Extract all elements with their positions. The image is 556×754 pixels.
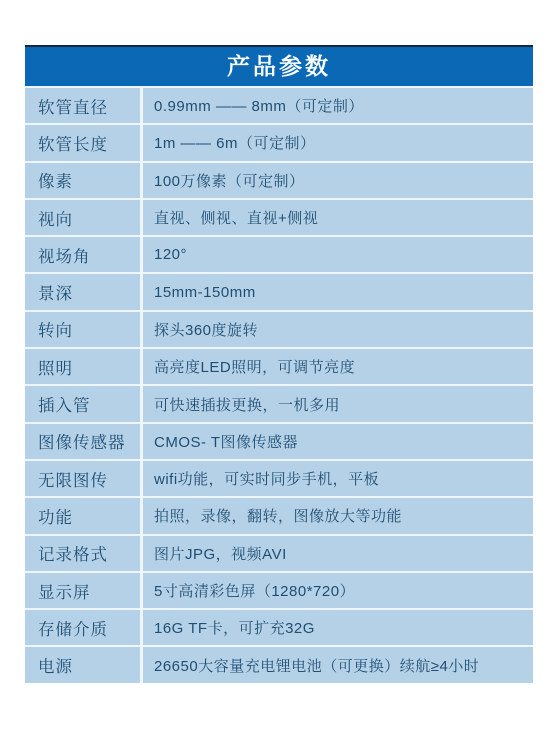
spec-value: 16G TF卡，可扩充32G [143, 610, 533, 645]
table-row: 存储介质 16G TF卡，可扩充32G [25, 608, 533, 645]
table-row: 软管长度 1m —— 6m（可定制） [25, 123, 533, 160]
spec-label: 无限图传 [25, 461, 143, 496]
spec-value: 拍照，录像，翻转，图像放大等功能 [143, 498, 533, 533]
spec-value: 120° [143, 237, 533, 272]
spec-label: 视向 [25, 200, 143, 235]
spec-value: 15mm-150mm [143, 274, 533, 309]
table-row: 软管直径 0.99mm —— 8mm（可定制） [25, 86, 533, 123]
spec-label: 软管长度 [25, 125, 143, 160]
table-title: 产品参数 [25, 45, 533, 86]
table-row: 插入管 可快速插拔更换，一机多用 [25, 384, 533, 421]
spec-label: 软管直径 [25, 88, 143, 123]
table-row: 景深 15mm-150mm [25, 272, 533, 309]
spec-value: 26650大容量充电锂电池（可更换）续航≥4小时 [143, 647, 533, 682]
table-row: 记录格式 图片JPG，视频AVI [25, 534, 533, 571]
spec-label: 转向 [25, 312, 143, 347]
spec-value: 图片JPG，视频AVI [143, 536, 533, 571]
table-row: 像素 100万像素（可定制） [25, 161, 533, 198]
table-row: 功能 拍照，录像，翻转，图像放大等功能 [25, 496, 533, 533]
table-row: 图像传感器 CMOS- T图像传感器 [25, 422, 533, 459]
spec-value: wifi功能，可实时同步手机，平板 [143, 461, 533, 496]
spec-value: 1m —— 6m（可定制） [143, 125, 533, 160]
spec-label: 像素 [25, 163, 143, 198]
table-row: 显示屏 5寸高清彩色屏（1280*720） [25, 571, 533, 608]
spec-value: 直视、侧视、直视+侧视 [143, 200, 533, 235]
table-row: 视场角 120° [25, 235, 533, 272]
spec-label: 显示屏 [25, 573, 143, 608]
table-row: 电源 26650大容量充电锂电池（可更换）续航≥4小时 [25, 645, 533, 682]
spec-label: 景深 [25, 274, 143, 309]
product-spec-table: 产品参数 软管直径 0.99mm —— 8mm（可定制） 软管长度 1m —— … [25, 45, 533, 683]
spec-value: 探头360度旋转 [143, 312, 533, 347]
spec-label: 功能 [25, 498, 143, 533]
spec-label: 电源 [25, 647, 143, 682]
spec-value: CMOS- T图像传感器 [143, 424, 533, 459]
spec-value: 0.99mm —— 8mm（可定制） [143, 88, 533, 123]
spec-label: 记录格式 [25, 536, 143, 571]
table-body: 软管直径 0.99mm —— 8mm（可定制） 软管长度 1m —— 6m（可定… [25, 86, 533, 683]
table-row: 无限图传 wifi功能，可实时同步手机，平板 [25, 459, 533, 496]
spec-value: 可快速插拔更换，一机多用 [143, 386, 533, 421]
spec-label: 插入管 [25, 386, 143, 421]
spec-label: 图像传感器 [25, 424, 143, 459]
table-row: 照明 高亮度LED照明，可调节亮度 [25, 347, 533, 384]
page: 产品参数 软管直径 0.99mm —— 8mm（可定制） 软管长度 1m —— … [0, 0, 556, 754]
spec-value: 100万像素（可定制） [143, 163, 533, 198]
spec-label: 视场角 [25, 237, 143, 272]
table-row: 视向 直视、侧视、直视+侧视 [25, 198, 533, 235]
spec-label: 存储介质 [25, 610, 143, 645]
spec-value: 高亮度LED照明，可调节亮度 [143, 349, 533, 384]
spec-value: 5寸高清彩色屏（1280*720） [143, 573, 533, 608]
table-row: 转向 探头360度旋转 [25, 310, 533, 347]
spec-label: 照明 [25, 349, 143, 384]
